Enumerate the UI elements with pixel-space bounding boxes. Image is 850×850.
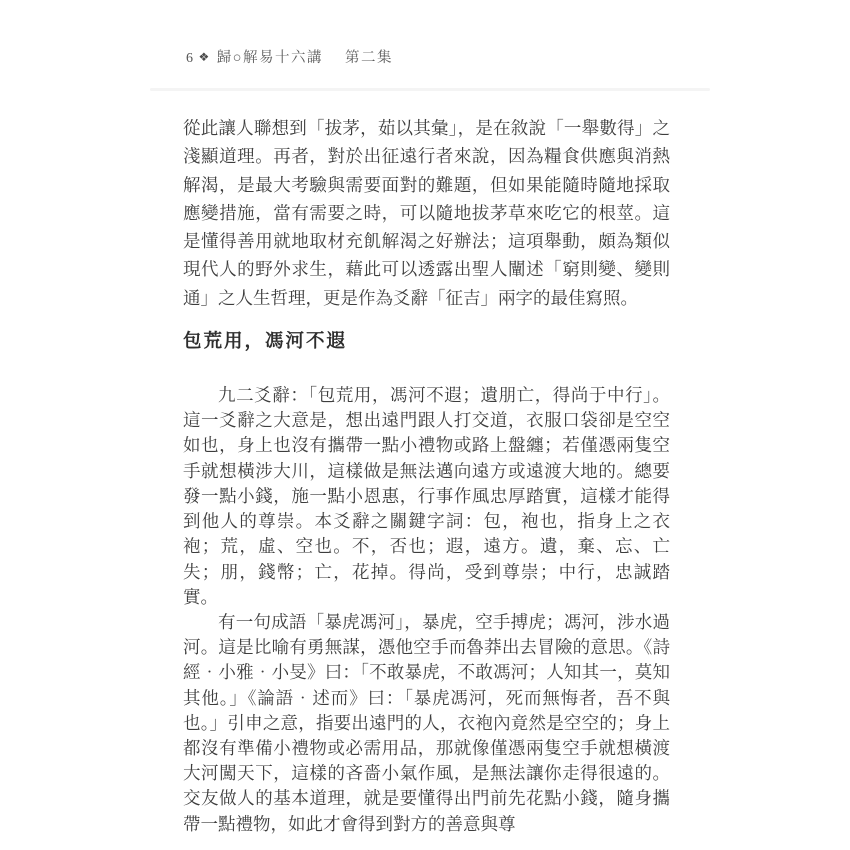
diamond-ornament-icon: ❖ [199, 50, 211, 65]
paragraph-yao-ci: 九二爻辭：「包荒用，馮河不遐；遺朋亡，得尚于中行」。這一爻辭之大意是，想出遠門跟… [183, 383, 670, 610]
paragraph-continuation: 從此讓人聯想到「拔茅，茹以其彙」，是在敘說「一舉數得」之淺顯道理。再者，對於出征… [183, 114, 670, 312]
book-title: 歸○解易十六講 [217, 46, 323, 67]
volume-label: 第二集 [345, 46, 393, 67]
section-heading: 包荒用，馮河不遐 [183, 330, 670, 352]
paragraph-idiom: 有一句成語「暴虎馮河」，暴虎，空手搏虎；馮河，涉水過河。這是比喻有勇無謀，憑他空… [183, 610, 670, 837]
scan-artifact [150, 88, 710, 91]
page-number: 6 [186, 51, 195, 67]
running-header: 6 ❖ 歸○解易十六講 第二集 [186, 46, 393, 67]
book-page: 6 ❖ 歸○解易十六講 第二集 從此讓人聯想到「拔茅，茹以其彙」，是在敘說「一舉… [0, 0, 850, 850]
page-body: 從此讓人聯想到「拔茅，茹以其彙」，是在敘說「一舉數得」之淺顯道理。再者，對於出征… [183, 114, 670, 837]
